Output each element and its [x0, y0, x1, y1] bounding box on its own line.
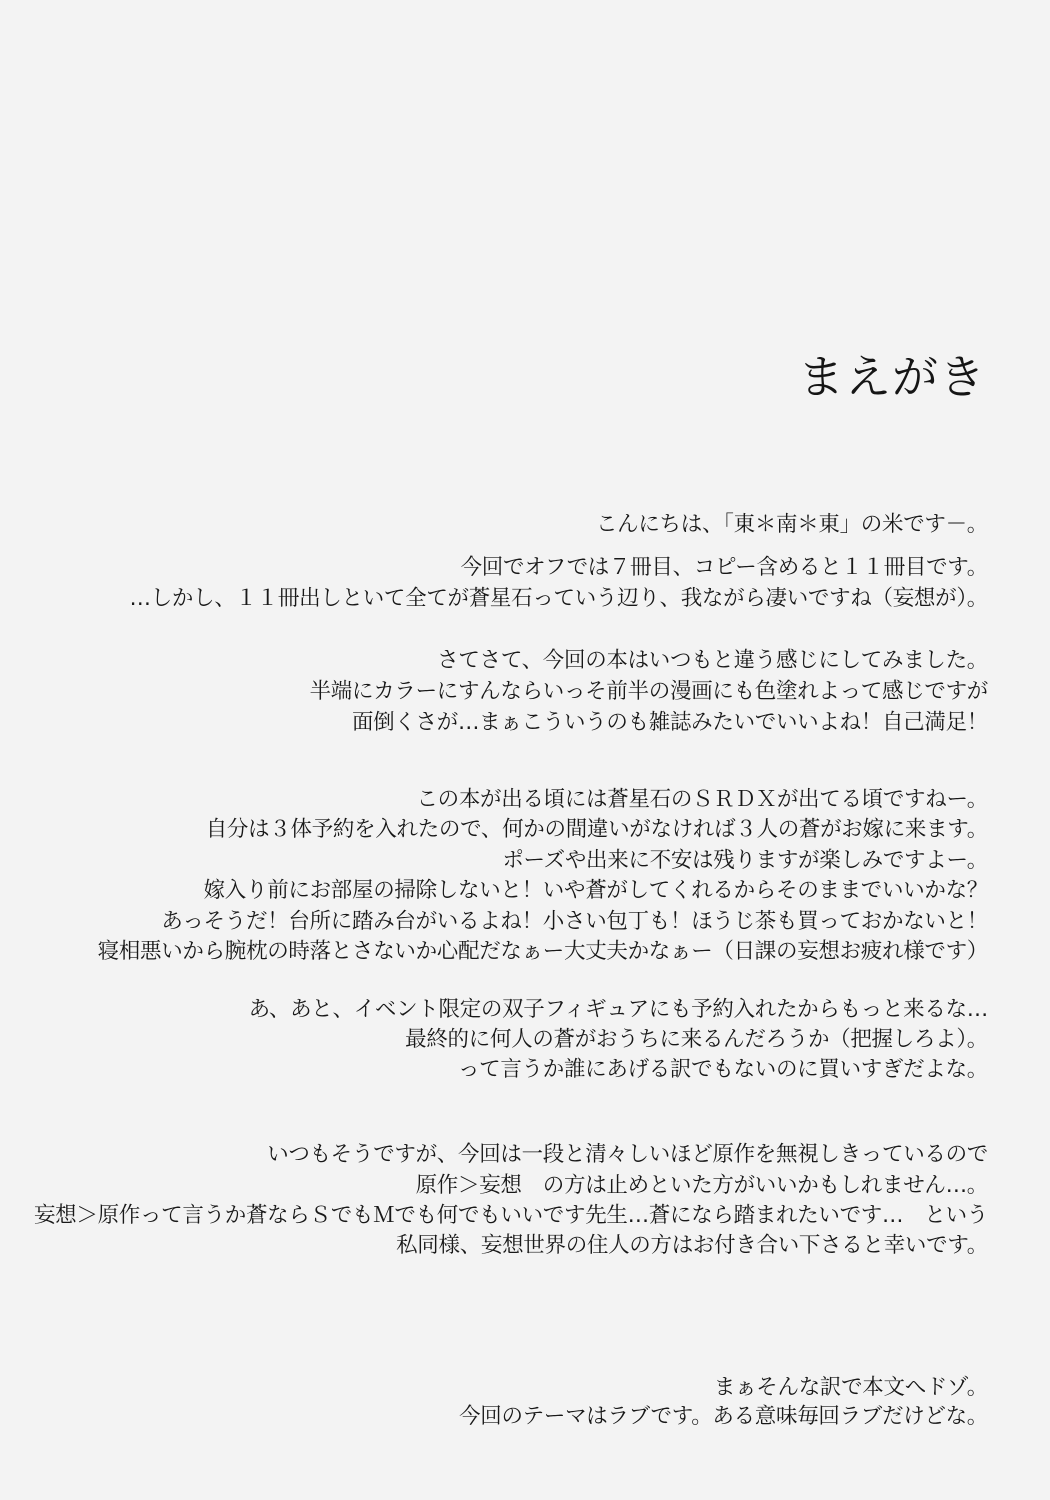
text-line: さてさて、今回の本はいつもと違う感じにしてみました。	[437, 646, 988, 676]
text-line: 私同様、妄想世界の住人の方はお付き合い下さると幸いです。	[396, 1231, 988, 1261]
document-page: まえがき こんにちは、「東＊南＊東」の米です－。 今回でオフでは７冊目、コピー含…	[0, 0, 1050, 1500]
text-line: …しかし、１１冊出しといて全てが蒼星石っていう辺り、我ながら凄いですね（妄想が）…	[130, 584, 988, 614]
text-line: 原作＞妄想 の方は止めといた方がいいかもしれません…。	[416, 1171, 988, 1201]
text-line: まぁそんな訳で本文へドゾ。	[714, 1373, 988, 1403]
page-title: まえがき	[798, 349, 986, 405]
text-line: ポーズや出来に不安は残りますが楽しみですよー。	[502, 846, 988, 876]
text-line: 寝相悪いから腕枕の時落とさないか心配だなぁー大丈夫かなぁー（日課の妄想お疲れ様で…	[98, 937, 988, 967]
text-line: 面倒くさが…まぁこういうのも雑誌みたいでいいよね！自己満足！	[352, 708, 988, 738]
text-line: いつもそうですが、今回は一段と清々しいほど原作を無視しきっているので	[267, 1140, 988, 1170]
text-line: 自分は３体予約を入れたので、何かの間違いがなければ３人の蒼がお嫁に来ます。	[206, 815, 988, 845]
text-line: 最終的に何人の蒼がおうちに来るんだろうか（把握しろよ）。	[405, 1025, 988, 1055]
text-line: って言うか誰にあげる訳でもないのに買いすぎだよな。	[458, 1055, 988, 1085]
text-line: こんにちは、「東＊南＊東」の米です－。	[596, 510, 988, 540]
text-line: 半端にカラーにすんならいっそ前半の漫画にも色塗れよって感じですが	[310, 677, 988, 707]
text-line: 今回のテーマはラブです。ある意味毎回ラブだけどな。	[459, 1402, 988, 1432]
text-line: この本が出る頃には蒼星石のＳＲＤＸが出てる頃ですねー。	[416, 785, 988, 815]
text-line: 今回でオフでは７冊目、コピー含めると１１冊目です。	[461, 553, 988, 583]
text-line: 嫁入り前にお部屋の掃除しないと！いや蒼がしてくれるからそのままでいいかな？	[204, 876, 988, 906]
text-line: 妄想＞原作って言うか蒼ならＳでもＭでも何でもいいです先生…蒼になら踏まれたいです…	[34, 1201, 988, 1231]
text-line: あっそうだ！台所に踏み台がいるよね！小さい包丁も！ほうじ茶も買っておかないと！	[161, 907, 988, 937]
text-line: あ、あと、イベント限定の双子フィギュアにも予約入れたからもっと来るな…	[249, 995, 988, 1025]
